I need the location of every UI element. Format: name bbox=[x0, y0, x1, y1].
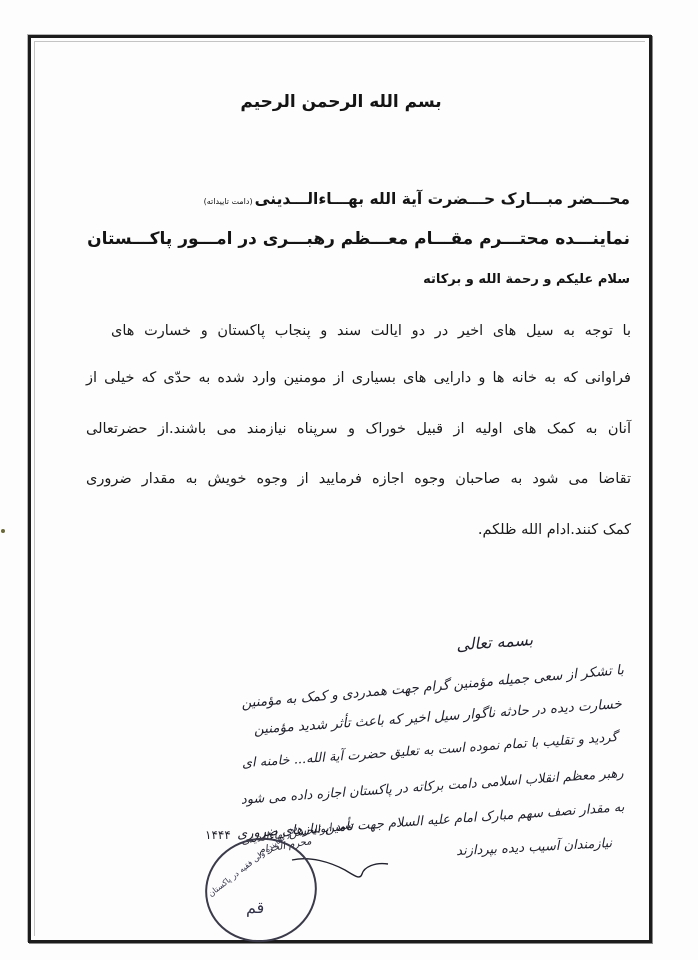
letter-page: بسم الله الرحمن الرحیم محـــضر مبـــارک … bbox=[0, 0, 698, 960]
scan-speck bbox=[1, 529, 5, 533]
body-line-4: تقاضا می شود به صاحبان وجوه اجازه فرمایی… bbox=[86, 471, 631, 487]
body-line-3: آنان به کمک های اولیه از قبیل خوراک و سر… bbox=[86, 421, 631, 437]
body-line-1: با توجه به سیل های اخیر در دو ایالت سند … bbox=[111, 323, 631, 339]
addressee-title: محـــضر مبـــارک حـــضرت آیة الله بهـــا… bbox=[255, 190, 630, 208]
basmala-heading: بسم الله الرحمن الرحیم bbox=[0, 92, 698, 112]
addressee-line-1: محـــضر مبـــارک حـــضرت آیة الله بهـــا… bbox=[204, 190, 630, 208]
body-line-2: فراوانی که به خانه ها و دارایی های بسیار… bbox=[86, 370, 631, 386]
body-line-5: کمک کنند.ادام الله ظلکم. bbox=[478, 522, 631, 538]
page-border-inner-line bbox=[34, 41, 645, 936]
addressee-line-2: نماینـــده محتـــرم مقـــام معـــظم رهبـ… bbox=[87, 229, 630, 249]
handwritten-date-year: ۱۴۴۴ bbox=[205, 828, 231, 842]
addressee-honorific: (دامت تاییداته) bbox=[204, 197, 253, 206]
stamp-city-text: قم bbox=[246, 898, 264, 917]
basmala-text: بسم الله الرحمن الرحیم bbox=[240, 92, 441, 112]
greeting: سلام علیکم و رحمة الله و برکاته bbox=[423, 272, 630, 287]
